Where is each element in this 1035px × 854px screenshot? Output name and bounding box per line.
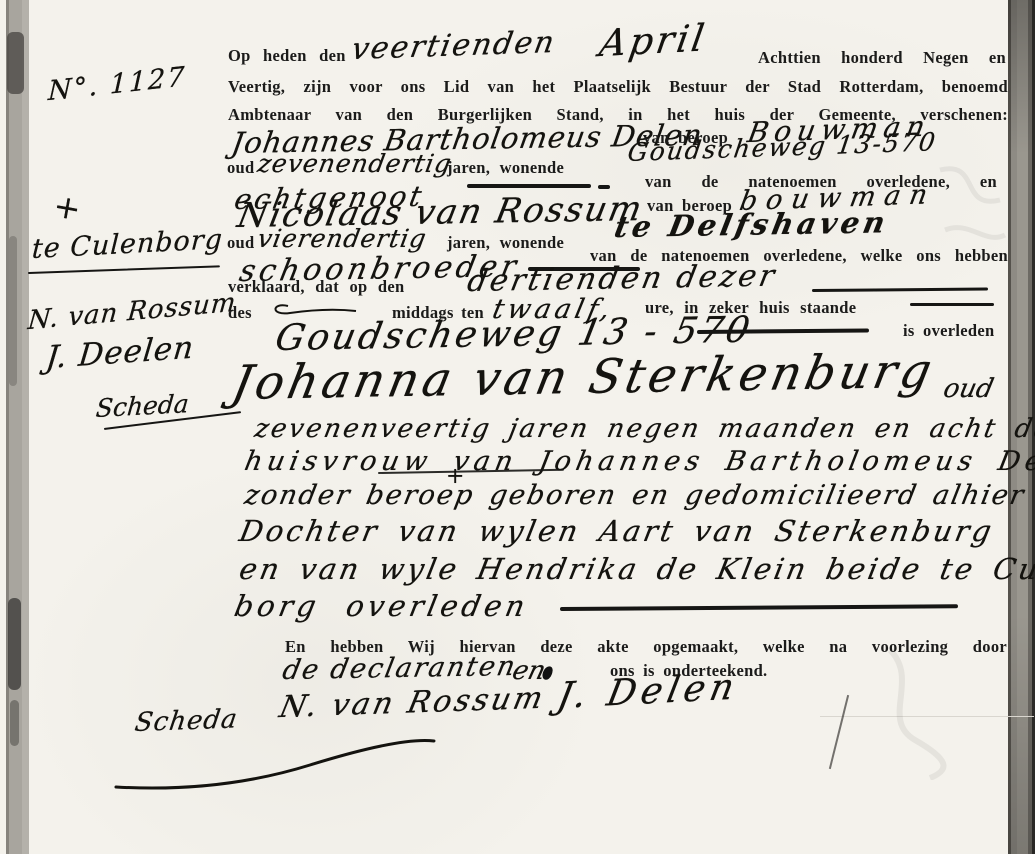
signature-scheda: Scheda: [133, 704, 240, 738]
signature-delen: J. Delen: [554, 666, 743, 717]
hw-deceased-spouse: huisvrouw van Johannes Bartholomeus Dele…: [242, 446, 1035, 477]
margin-signature-deelen: J. Deelen: [44, 329, 196, 376]
hw-declarant2-residence: te Delfshaven: [612, 205, 892, 244]
blank-filler-dash: [467, 184, 591, 188]
hw-closing-declaranten: de declaranten: [280, 651, 520, 686]
margin-death-cross: +: [51, 186, 84, 228]
printed-oud-1: oud: [227, 158, 255, 178]
blank-filler-dash: [560, 604, 958, 611]
signature-scheda-flourish: [110, 735, 440, 795]
hw-date-day: veertienden: [349, 25, 559, 67]
hw-deceased-mother-1: en van wyle Hendrika de Klein beide te C…: [237, 552, 1035, 586]
printed-jaren-wonende-1: jaren, wonende: [447, 158, 564, 178]
margin-signature-rossum: N. van Rossum: [27, 288, 238, 337]
binding-strip-smudge: [8, 598, 21, 690]
bleedthrough-mark: [860, 640, 980, 780]
printed-line2: Veertig, zijn voor ons Lid van het Plaat…: [228, 77, 1008, 97]
margin-place-underline: [28, 265, 220, 274]
scanned-death-record: N°. 1127 + te Culenborg N. van Rossum J.…: [0, 0, 1035, 854]
hw-deceased-mother-2: borg overleden: [232, 589, 532, 623]
hw-deceased-father: Dochter van wylen Aart van Sterkenburg: [237, 514, 997, 548]
stray-ink-stroke: [829, 695, 849, 769]
hw-declarant2-age: vierendertig: [255, 224, 429, 253]
blank-filler-dash: [697, 328, 869, 334]
margin-place-note: te Culenborg: [31, 224, 224, 265]
hw-deceased-oud: oud: [941, 374, 996, 404]
hw-deceased-name: Johanna van Sterkenburg: [228, 344, 940, 411]
act-number: N°. 1127: [47, 61, 186, 107]
printed-des: des: [228, 303, 252, 323]
bleedthrough-mark: [930, 150, 1010, 260]
margin-signature-scheda: Scheda: [95, 389, 190, 423]
hw-deceased-age: zevenenveertig jaren negen maanden en ac…: [252, 414, 1035, 444]
blank-filler-dash: [812, 287, 988, 292]
binding-strip-smudge: [10, 700, 19, 746]
printed-year: Achttien honderd Negen en: [758, 48, 1006, 68]
hw-death-day: dertienden dezer: [465, 259, 780, 300]
blank-filler-dash: [910, 303, 994, 306]
printed-oud-2: oud: [227, 233, 255, 253]
binding-strip-smudge: [7, 32, 24, 94]
signature-rossum: N. van Rossum: [276, 681, 549, 726]
binding-strip-smudge: [9, 236, 17, 386]
printed-opening: Op heden den: [228, 46, 346, 66]
blank-filler-dash: [598, 185, 610, 189]
hw-date-month: April: [597, 16, 710, 65]
printed-is-overleden: is overleden: [903, 321, 994, 341]
printed-verklaard: verklaard, dat op den: [228, 277, 404, 297]
hw-deceased-status: zonder beroep geboren en gedomicilieerd …: [242, 480, 1028, 511]
hw-declarant1-age: zevenendertig: [255, 149, 454, 178]
